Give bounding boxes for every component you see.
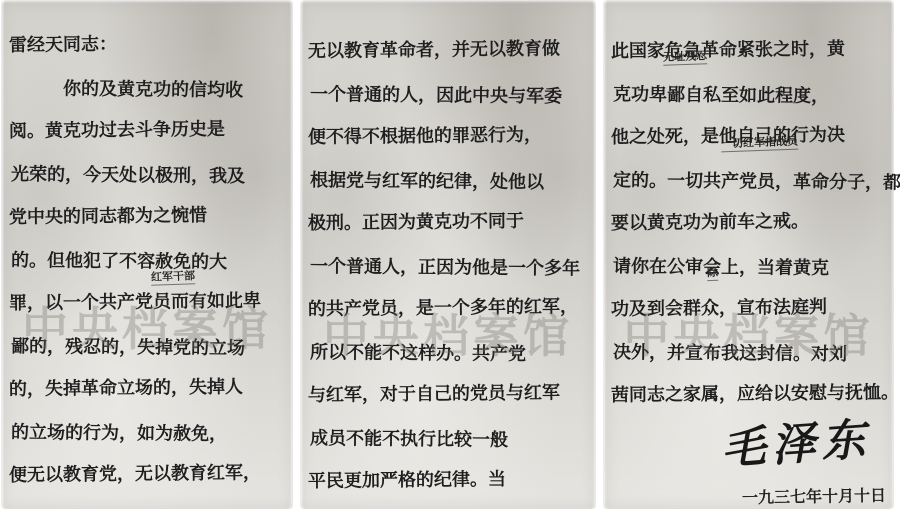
handwritten-line: 所以不能不这样办。共产党 [310,331,594,376]
handwritten-line: 阅。黄克功过去斗争历史是 [9,107,289,153]
signature-mao-zedong: 毛泽东 [719,403,873,477]
handwritten-line: 的立场的行为，如为赦免， [11,411,291,456]
insertion-note: 红军干部 [151,267,196,286]
handwritten-line: 根据党与红军的纪律，处他以 [310,159,594,204]
handwritten-line: 罪，以一个共产党员而有如此卑 [9,279,289,325]
handwritten-line: 此国家危急革命紧张之时，黄 [611,27,890,73]
handwritten-line: 一个普通的人，因此中央与军委 [310,73,594,118]
handwritten-line: 平民更加严格的纪律。当 [308,457,592,503]
manuscript-page-3: 此国家危急革命紧张之时，黄 克功卑鄙自私至如此程度， 他之处死，是他自己的行为决… [603,0,894,509]
insertion-note: 无耻残忍 [663,47,708,66]
handwritten-line: 雷经天同志： [9,21,289,67]
handwritten-line: 的共产党员，是一个多年的红军， [308,285,592,331]
handwritten-line: 成员不能不执行比较一般 [310,417,594,462]
handwritten-line: 克功卑鄙自私至如此程度， [613,73,892,118]
page-1-text: 雷经天同志： 你的及黄克功的信均收 阅。黄克功过去斗争历史是 光荣的，今天处以极… [9,0,289,509]
handwritten-line: 极刑。正因为黄克功不同于 [308,199,592,245]
handwritten-line: 要以黄克功为前车之戒。 [611,199,890,245]
handwritten-line: 便不得不根据他的罪恶行为， [308,113,592,159]
insertion-note: 除 [707,264,719,281]
manuscript-page-2: 无以教育革命者，并无以教育做 一个普通的人，因此中央与军委 便不得不根据他的罪恶… [300,0,596,509]
handwritten-line: 你的及黄克功的信均收 [11,67,291,112]
date-line: 一九三七年十月十日 [742,483,886,509]
handwritten-line: 鄙的，残忍的，失掉党的立场 [11,325,291,370]
handwritten-line: 一个普通人，正因为他是一个多年 [310,245,594,290]
handwritten-line: 的，失掉革命立场的，失掉人 [9,365,289,411]
letter-photo: 雷经天同志： 你的及黄克功的信均收 阅。黄克功过去斗争历史是 光荣的，今天处以极… [0,0,900,509]
handwritten-line: 定的。一切共产党员，革命分子，都 [613,159,892,204]
handwritten-line: 请你在公审会上，当着黄克 [613,245,892,290]
handwritten-line: 与红军，对于自己的党员与红军 [308,371,592,417]
handwritten-line: 党中央的同志都为之惋惜 [9,193,289,239]
page-2-text: 无以教育革命者，并无以教育做 一个普通的人，因此中央与军委 便不得不根据他的罪恶… [308,0,592,509]
handwritten-line: 便无以教育党，无以教育红军， [9,451,289,497]
handwritten-line: 光荣的，今天处以极刑，我及 [11,153,291,198]
manuscript-page-1: 雷经天同志： 你的及黄克功的信均收 阅。黄克功过去斗争历史是 光荣的，今天处以极… [1,0,293,509]
handwritten-line: 无以教育革命者，并无以教育做 [308,27,592,73]
insertion-note: 一切红军指战员 [721,133,799,153]
handwritten-line: 功及到会群众，宣布法庭判 [611,285,890,331]
handwritten-line: 决外，并宣布我这封信。对刘 [613,331,892,376]
